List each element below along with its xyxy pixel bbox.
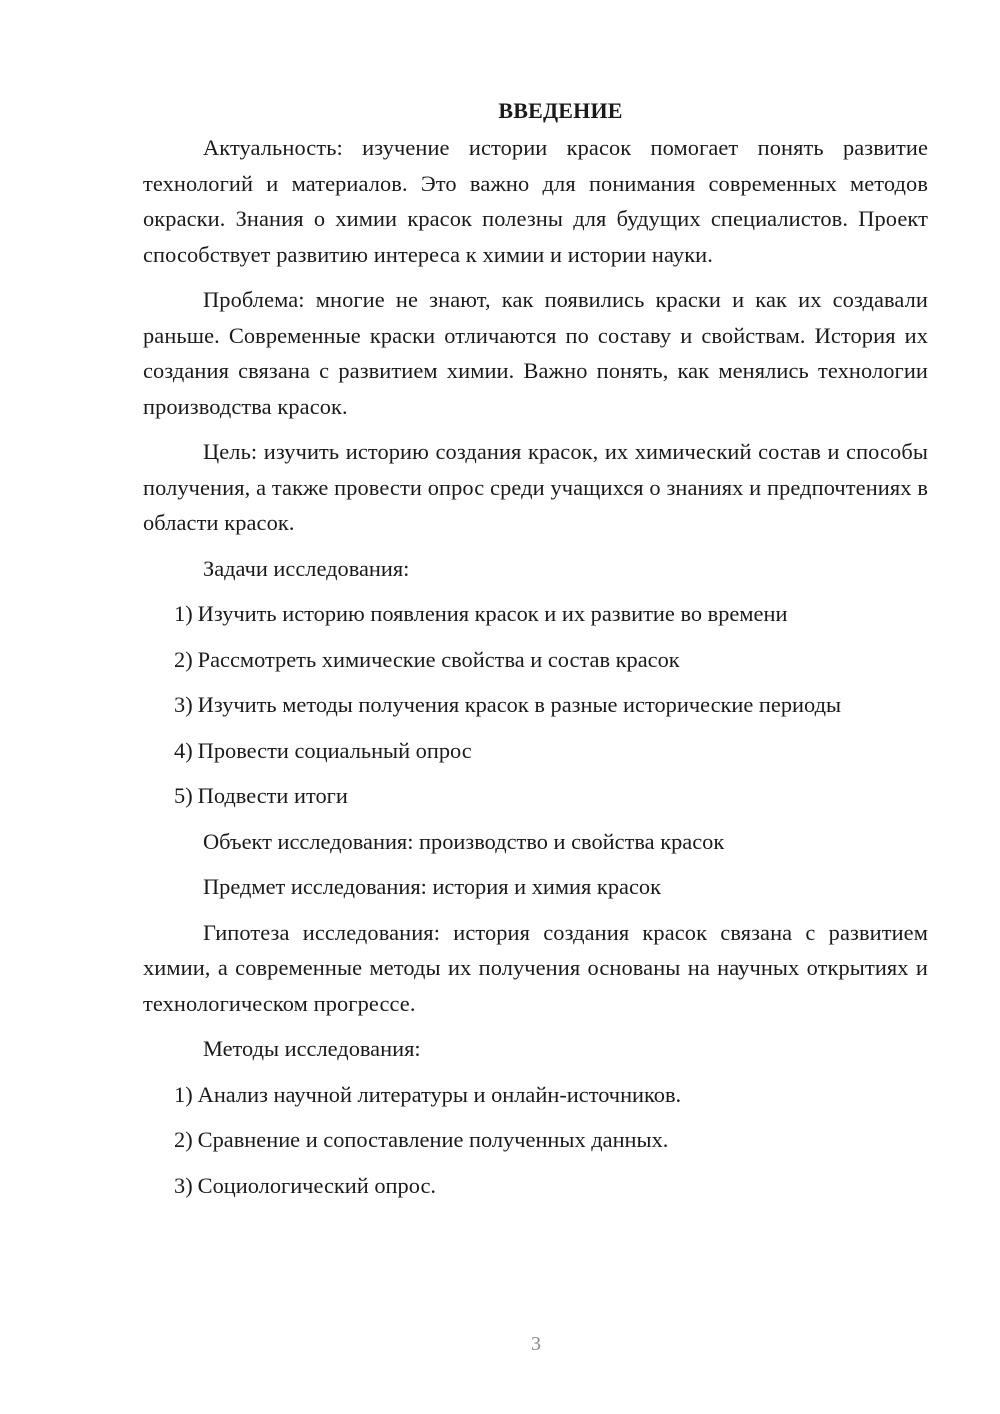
list-number: 1) [174, 1082, 193, 1107]
list-item: 4)Провести социальный опрос [143, 733, 928, 769]
list-text: Изучить историю появления красок и их ра… [198, 601, 788, 626]
goal-paragraph: Цель: изучить историю создания красок, и… [143, 434, 928, 541]
list-item: 2)Рассмотреть химические свойства и сост… [143, 642, 928, 678]
list-number: 2) [174, 1127, 193, 1152]
list-number: 2) [174, 647, 193, 672]
methods-heading: Методы исследования: [143, 1031, 928, 1067]
tasks-list: 1)Изучить историю появления красок и их … [143, 596, 928, 814]
list-number: 4) [174, 738, 193, 763]
hypothesis-paragraph: Гипотеза исследования: история создания … [143, 915, 928, 1022]
tasks-heading: Задачи исследования: [143, 551, 928, 587]
object-line: Объект исследования: производство и свой… [143, 824, 928, 860]
list-number: 3) [174, 1173, 193, 1198]
page-number: 3 [0, 1333, 1000, 1356]
list-item: 3)Изучить методы получения красок в разн… [143, 687, 928, 723]
list-item: 3)Социологический опрос. [143, 1168, 928, 1204]
subject-line: Предмет исследования: история и химия кр… [143, 869, 928, 905]
list-text: Подвести итоги [198, 783, 348, 808]
list-item: 5)Подвести итоги [143, 778, 928, 814]
list-text: Социологический опрос. [198, 1173, 436, 1198]
methods-list: 1)Анализ научной литературы и онлайн-ист… [143, 1077, 928, 1204]
section-title: ВВЕДЕНИЕ [193, 94, 928, 128]
list-item: 2)Сравнение и сопоставление полученных д… [143, 1122, 928, 1158]
list-text: Анализ научной литературы и онлайн-источ… [198, 1082, 682, 1107]
list-text: Сравнение и сопоставление полученных дан… [198, 1127, 669, 1152]
list-number: 5) [174, 783, 193, 808]
relevance-paragraph: Актуальность: изучение истории красок по… [143, 130, 928, 272]
list-text: Провести социальный опрос [198, 738, 472, 763]
list-item: 1)Изучить историю появления красок и их … [143, 596, 928, 632]
problem-paragraph: Проблема: многие не знают, как появились… [143, 282, 928, 424]
list-number: 1) [174, 601, 193, 626]
list-number: 3) [174, 692, 193, 717]
list-item: 1)Анализ научной литературы и онлайн-ист… [143, 1077, 928, 1113]
document-page: ВВЕДЕНИЕ Актуальность: изучение истории … [143, 94, 928, 1213]
list-text: Изучить методы получения красок в разные… [198, 692, 841, 717]
list-text: Рассмотреть химические свойства и состав… [198, 647, 680, 672]
